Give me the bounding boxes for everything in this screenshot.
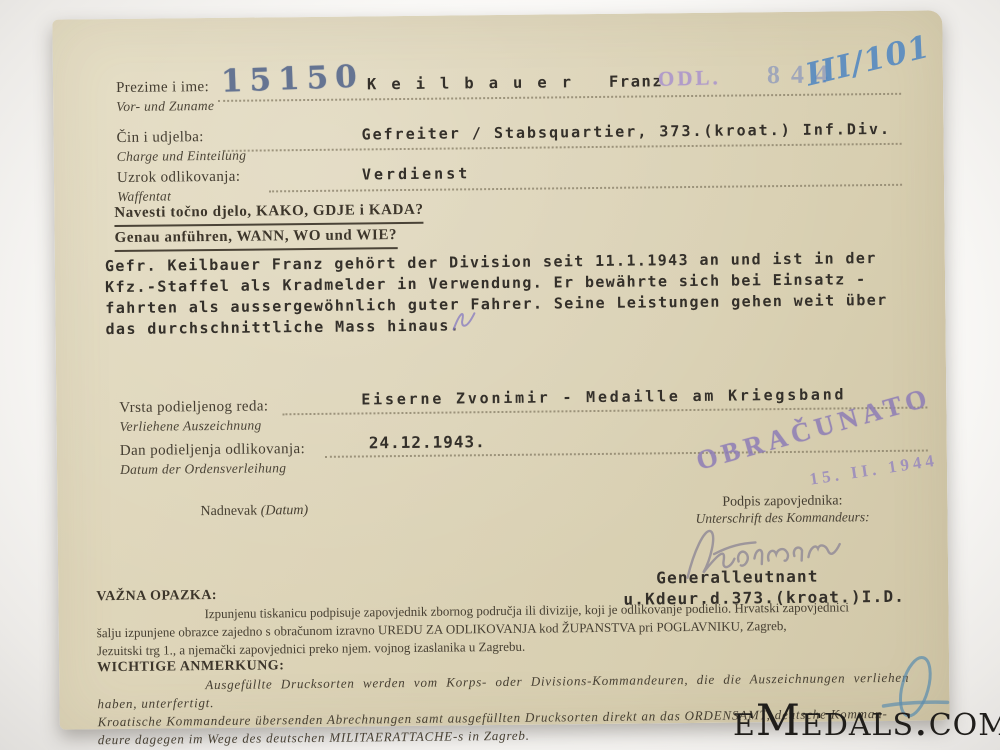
serial-number-stamp: 15150 [220,59,364,100]
obracunato-date-stamp: 15. II. 1944 [808,451,939,490]
value-award-date: 24.12.1943. [369,432,486,452]
dotted-line [269,184,902,193]
date-caption-suffix: (Datum) [261,503,309,518]
value-reason: Verdienst [362,164,470,183]
value-first-name: Franz [609,72,663,91]
date-caption: Nadnevak (Datum) [200,503,308,520]
pencil-check-mark [450,307,480,335]
auction-photo: Prezime i ime: Vor- und Zuname 15150 Kei… [0,0,1000,750]
instruction-line-croatian: Navesti točno djelo, KAKO, GDJE i KADA? [114,202,423,227]
field-sublabel-name: Vor- und Zuname [116,98,214,115]
value-last-name: Keilbauer [367,73,586,93]
signer-rank: Generalleutnant [656,567,819,588]
field-label-name: Prezime i ime: [116,79,209,97]
field-label-award: Vrsta podieljenog reda: [119,398,268,417]
value-rank: Gefreiter / Stabsquartier, 373.(kroat.) … [361,120,891,144]
field-sublabel-award: Verliehene Auszeichnung [119,418,261,435]
note-croatian-title: VAŽNA OPAZKA: [96,588,217,605]
handwritten-file-number: III/101 [802,29,933,94]
field-label-award-date: Dan podieljenja odlikovanja: [120,441,305,460]
field-label-rank: Čin i udjelba: [116,129,203,147]
note-german-title: WICHTIGE ANMERKUNG: [97,658,284,676]
note-croatian: Izpunjenu tiskanicu podpisuje zapovjedni… [96,598,909,661]
document-paper: Prezime i ime: Vor- und Zuname 15150 Kei… [52,10,949,729]
value-award: Eiserne Zvonimir - Medaille am Kriegsban… [361,385,846,408]
odl-stamp: ODL. [658,65,721,92]
dotted-line [224,143,902,152]
emedals-watermark: eMedals.com [733,696,1000,746]
field-sublabel-award-date: Datum der Ordensverleihung [120,460,286,478]
instruction-line-german: Genau anführen, WANN, WO und WIE? [115,227,398,252]
field-sublabel-reason: Waffentat [117,188,171,205]
citation-paragraph: Gefr. Keilbauer Franz gehört der Divisio… [105,248,888,340]
field-label-reason: Uzrok odlikovanja: [117,169,241,187]
